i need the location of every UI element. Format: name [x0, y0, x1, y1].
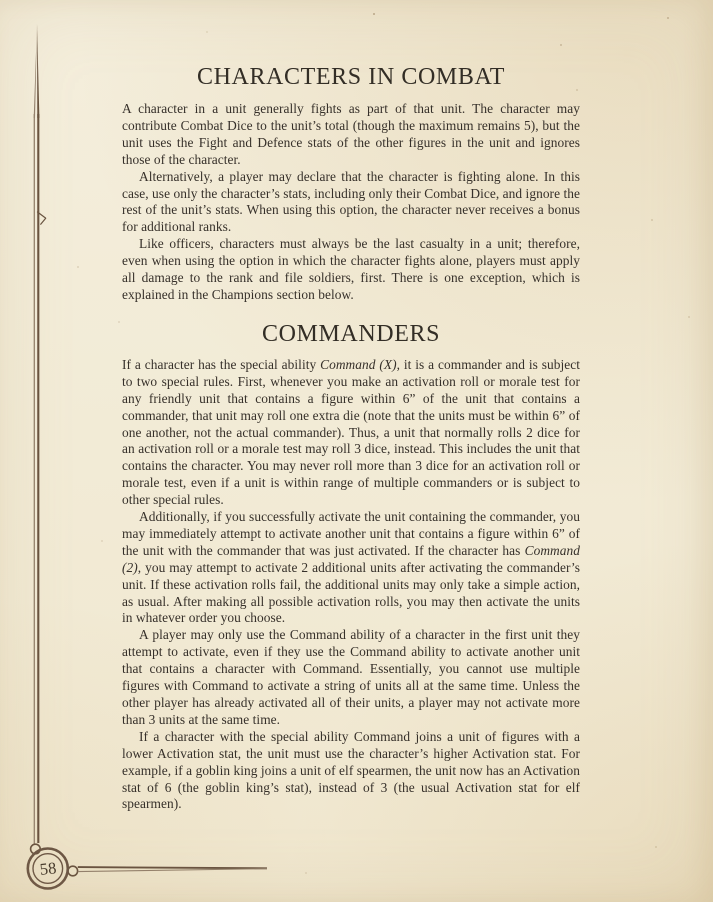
text-run: , it is a commander and is subject to tw…: [122, 357, 580, 507]
page-number: 58: [39, 858, 58, 880]
section-body-commanders: If a character has the special ability C…: [122, 357, 580, 813]
paragraph: A character in a unit generally fights a…: [122, 101, 580, 169]
text-run: Additionally, if you successfully activa…: [122, 509, 580, 558]
border-needle-tip-dark: [37, 24, 39, 118]
page-content: CHARACTERS IN COMBAT A character in a un…: [122, 0, 580, 813]
text-run: A character in a unit generally fights a…: [122, 101, 580, 167]
section-commanders: COMMANDERS If a character has the specia…: [122, 320, 580, 813]
heading-characters-in-combat: CHARACTERS IN COMBAT: [122, 63, 580, 91]
paragraph: If a character has the special ability C…: [122, 357, 580, 509]
border-horizontal-rule-dark: [78, 867, 267, 868]
book-page: CHARACTERS IN COMBAT A character in a un…: [0, 0, 713, 902]
italic-run: Command (X): [320, 357, 397, 372]
border-flourish: [38, 212, 46, 224]
paragraph: Alternatively, a player may declare that…: [122, 169, 580, 237]
heading-commanders: COMMANDERS: [122, 320, 580, 348]
text-run: If a character has the special ability: [122, 357, 320, 372]
text-run: Like officers, characters must always be…: [122, 236, 580, 302]
paragraph: Like officers, characters must always be…: [122, 236, 580, 304]
paragraph: Additionally, if you successfully activa…: [122, 509, 580, 627]
page-number-badge: 58: [27, 848, 69, 889]
text-run: If a character with the special ability …: [122, 729, 580, 812]
paragraph: If a character with the special ability …: [122, 729, 580, 814]
border-needle-tip: [34, 24, 37, 118]
paragraph: A player may only use the Command abilit…: [122, 627, 580, 728]
text-run: Alternatively, a player may declare that…: [122, 169, 580, 235]
text-run: , you may attempt to activate 2 addition…: [122, 560, 580, 626]
border-horizontal-rule-light: [78, 869, 267, 872]
section-body-characters-in-combat: A character in a unit generally fights a…: [122, 101, 580, 304]
border-loop-right: [68, 866, 78, 876]
section-characters-in-combat: CHARACTERS IN COMBAT A character in a un…: [122, 63, 580, 304]
text-run: A player may only use the Command abilit…: [122, 627, 580, 727]
